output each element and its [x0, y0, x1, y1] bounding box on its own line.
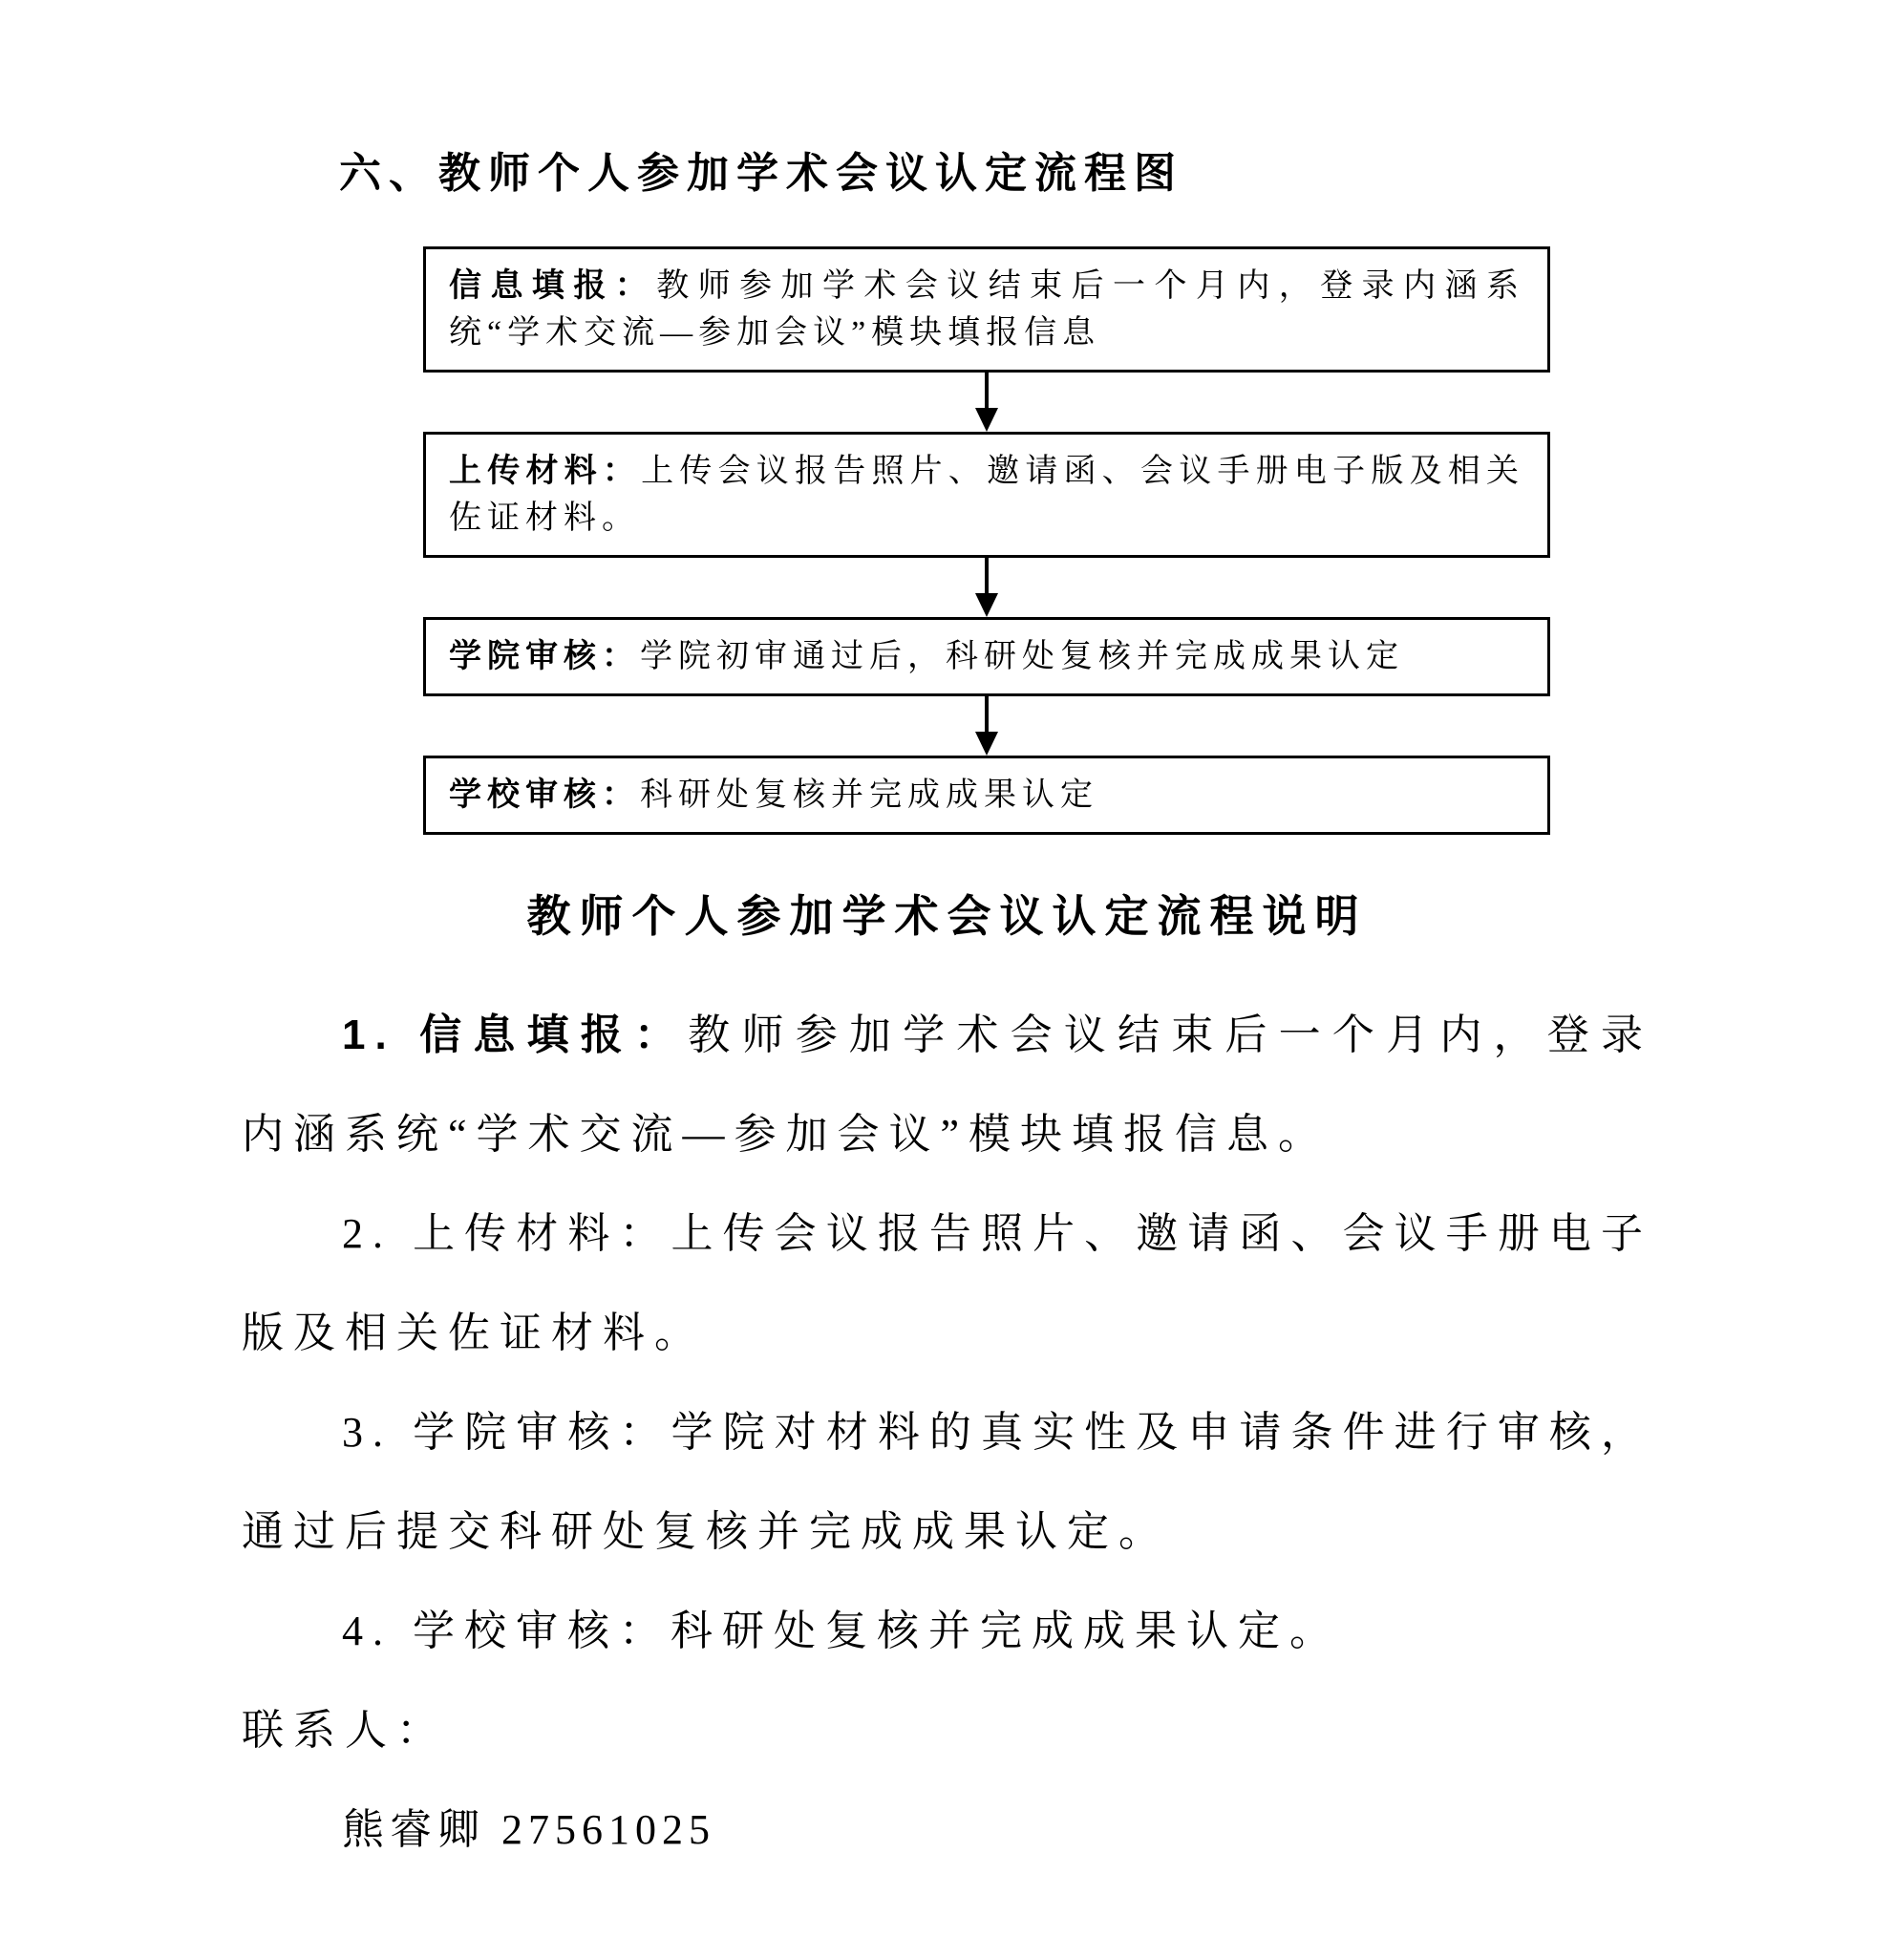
description-paragraph-4-lead: 4. 学校审核： — [342, 1608, 671, 1654]
description-paragraph-2-lead: 2. 上传材料： — [342, 1210, 671, 1257]
flowchart-title: 六、教师个人参加学术会议认定流程图 — [339, 0, 1652, 202]
description-paragraph-2: 2. 上传材料：上传会议报告照片、邀请函、会议手册电子版及相关佐证材料。 — [242, 1184, 1652, 1383]
down-arrow-shaft — [985, 696, 989, 732]
flow-step-school-review: 学校审核：科研处复核并完成成果认定 — [423, 756, 1550, 835]
description-section: 1. 信息填报：教师参加学术会议结束后一个月内，登录内涵系统“学术交流—参加会议… — [242, 986, 1652, 1880]
description-paragraph-4-text: 科研处复核并完成成果认定。 — [671, 1608, 1341, 1654]
contact-label: 联系人： — [242, 1681, 1652, 1780]
description-paragraph-3: 3. 学院审核：学院对材料的真实性及申请条件进行审核，通过后提交科研处复核并完成… — [242, 1383, 1652, 1582]
description-paragraph-1: 1. 信息填报：教师参加学术会议结束后一个月内，登录内涵系统“学术交流—参加会议… — [242, 986, 1652, 1184]
flow-step-upload-materials-lead: 上传材料： — [449, 453, 641, 489]
down-arrow-head — [975, 408, 998, 432]
down-arrow-head — [975, 732, 998, 756]
flowchart: 信息填报：教师参加学术会议结束后一个月内，登录内涵系统“学术交流—参加会议”模块… — [423, 246, 1550, 835]
description-paragraph-4: 4. 学校审核：科研处复核并完成成果认定。 — [242, 1582, 1652, 1681]
document-content: 六、教师个人参加学术会议认定流程图 信息填报：教师参加学术会议结束后一个月内，登… — [242, 0, 1652, 1880]
down-arrow-icon — [423, 373, 1550, 432]
flow-step-upload-materials: 上传材料：上传会议报告照片、邀请函、会议手册电子版及相关佐证材料。 — [423, 432, 1550, 558]
flow-step-school-review-lead: 学校审核： — [449, 777, 640, 813]
description-paragraph-1-lead: 1. 信息填报： — [342, 1012, 688, 1058]
down-arrow-icon — [423, 696, 1550, 756]
description-paragraph-3-lead: 3. 学院审核： — [342, 1409, 671, 1456]
down-arrow-head — [975, 593, 998, 617]
down-arrow-icon — [423, 558, 1550, 617]
description-title: 教师个人参加学术会议认定流程说明 — [242, 886, 1652, 946]
down-arrow-shaft — [985, 558, 989, 593]
down-arrow-shaft — [985, 373, 989, 408]
flow-step-college-review: 学院审核：学院初审通过后，科研处复核并完成成果认定 — [423, 617, 1550, 696]
flow-step-info-entry-lead: 信息填报： — [449, 267, 656, 304]
contact-value: 熊睿卿 27561025 — [242, 1780, 1652, 1880]
flow-step-college-review-lead: 学院审核： — [449, 638, 640, 674]
document-page: 六、教师个人参加学术会议认定流程图 信息填报：教师参加学术会议结束后一个月内，登… — [0, 0, 1895, 1960]
flow-step-school-review-text: 科研处复核并完成成果认定 — [640, 778, 1098, 813]
flow-step-info-entry: 信息填报：教师参加学术会议结束后一个月内，登录内涵系统“学术交流—参加会议”模块… — [423, 246, 1550, 373]
flow-step-college-review-text: 学院初审通过后，科研处复核并完成成果认定 — [640, 639, 1404, 674]
